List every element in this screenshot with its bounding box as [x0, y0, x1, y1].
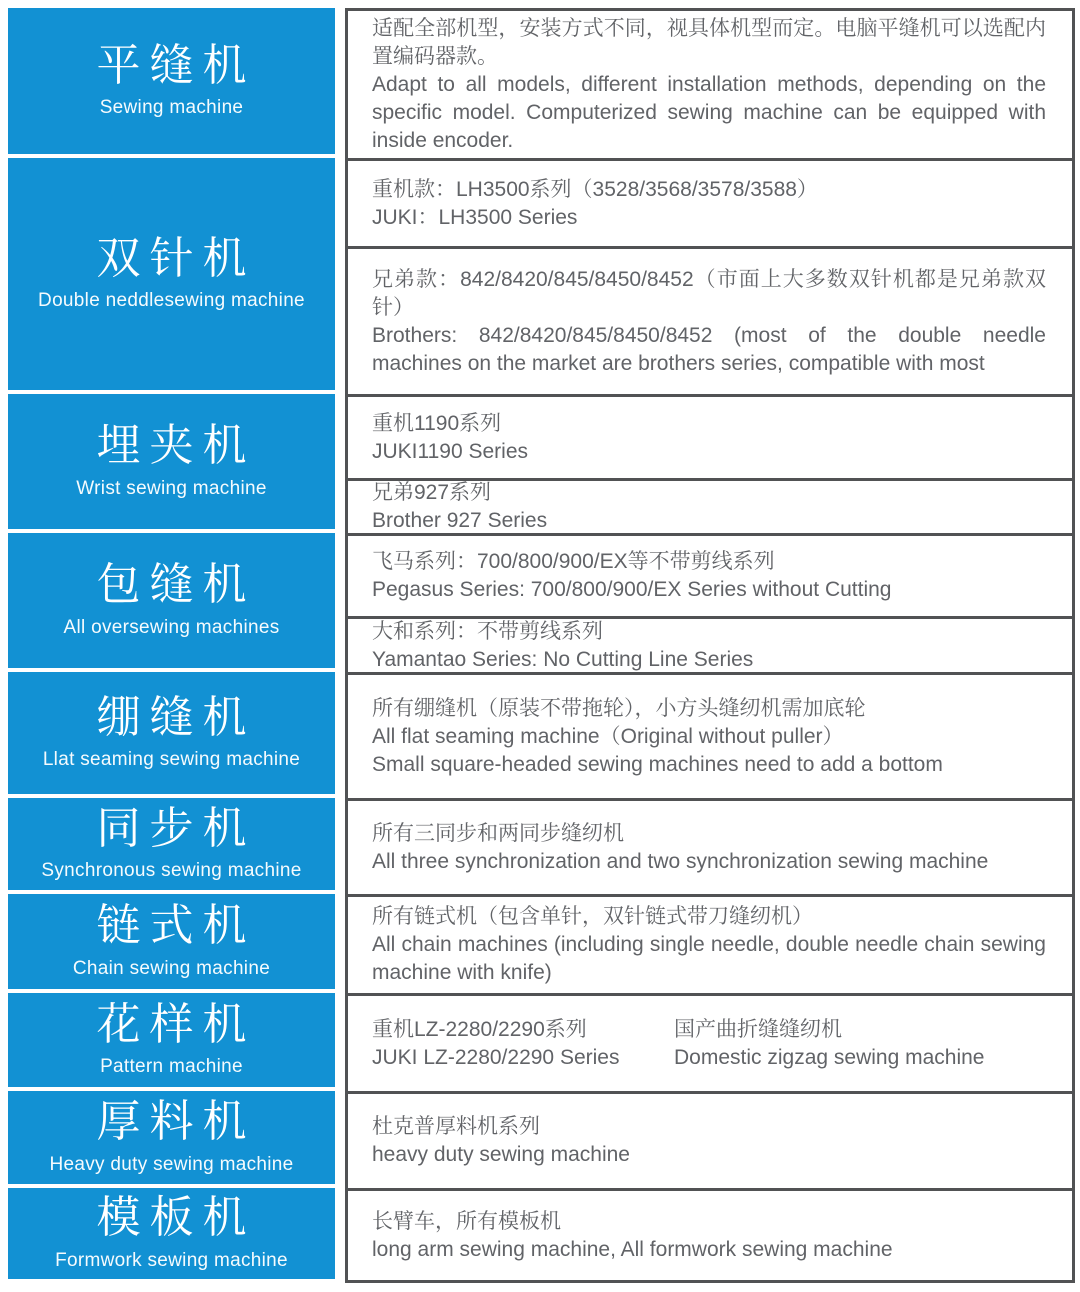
category-title-zh: 埋夹机 — [88, 422, 256, 470]
description-text-en: Brothers: 842/8420/845/8450/8452 (most o… — [372, 322, 1046, 378]
description-column: 重机LZ-2280/2290系列 JUKI LZ-2280/2290 Serie… — [372, 1016, 674, 1072]
description-text-en: Domestic zigzag sewing machine — [674, 1044, 1046, 1072]
description-text-zh: 重机LZ-2280/2290系列 — [372, 1016, 674, 1044]
category-cell: 平缝机 Sewing machine — [8, 8, 335, 154]
category-title-zh: 双针机 — [88, 235, 256, 283]
description-text-en: All flat seaming machine（Original withou… — [372, 723, 1046, 751]
description-cell: 重机1190系列 JUKI1190 Series 兄弟927系列 Brother… — [345, 394, 1075, 533]
category-title-zh: 链式机 — [88, 902, 256, 950]
category-title-en: Pattern machine — [100, 1056, 243, 1079]
description-text-zh: 飞马系列：700/800/900/EX等不带剪线系列 — [372, 548, 1046, 576]
description-text-en: Brother 927 Series — [372, 507, 1046, 533]
category-title-zh: 平缝机 — [88, 42, 256, 90]
description-text-zh: 适配全部机型，安装方式不同，视具体机型而定。电脑平缝机可以选配内置编码器款。 — [372, 15, 1046, 71]
category-title-zh: 厚料机 — [88, 1098, 256, 1146]
table-row-double-needle-machine: 双针机 Double neddlesewing machine 重机款：LH35… — [8, 158, 1075, 394]
table-row-formwork-machine: 模板机 Formwork sewing machine 长臂车，所有模板机 lo… — [8, 1188, 1075, 1283]
description-text-en: heavy duty sewing machine — [372, 1141, 1046, 1169]
description-subcell: 杜克普厚料机系列 heavy duty sewing machine — [348, 1094, 1072, 1188]
description-text-zh: 兄弟927系列 — [372, 479, 1046, 507]
category-title-zh: 绷缝机 — [88, 694, 256, 742]
category-title-en: Sewing machine — [100, 97, 244, 120]
category-cell: 花样机 Pattern machine — [8, 993, 335, 1087]
category-title-zh: 花样机 — [88, 1001, 256, 1049]
category-title-en: All oversewing machines — [64, 617, 280, 640]
category-title-en: Chain sewing machine — [73, 958, 270, 981]
table-row-heavy-duty-machine: 厚料机 Heavy duty sewing machine 杜克普厚料机系列 h… — [8, 1091, 1075, 1188]
description-cell: 所有绷缝机（原装不带拖轮），小方头缝纫机需加底轮 All flat seamin… — [345, 672, 1075, 798]
description-subcell: 重机1190系列 JUKI1190 Series — [348, 397, 1072, 478]
description-text-en: JUKI1190 Series — [372, 438, 1046, 466]
description-cell: 所有链式机（包含单针，双针链式带刀缝纫机） All chain machines… — [345, 894, 1075, 993]
description-cell: 杜克普厚料机系列 heavy duty sewing machine — [345, 1091, 1075, 1188]
description-text-en: Adapt to all models, different installat… — [372, 71, 1046, 155]
table-row-flat-seaming-machine: 绷缝机 Llat seaming sewing machine 所有绷缝机（原装… — [8, 672, 1075, 798]
description-text-en: long arm sewing machine, All formwork se… — [372, 1236, 1046, 1264]
table-row-sewing-machine: 平缝机 Sewing machine 适配全部机型，安装方式不同，视具体机型而定… — [8, 8, 1075, 158]
description-subcell: 所有链式机（包含单针，双针链式带刀缝纫机） All chain machines… — [348, 897, 1072, 993]
description-text-en: JUKI LZ-2280/2290 Series — [372, 1044, 674, 1072]
description-subcell: 适配全部机型，安装方式不同，视具体机型而定。电脑平缝机可以选配内置编码器款。 A… — [348, 11, 1072, 158]
category-cell: 包缝机 All oversewing machines — [8, 533, 335, 668]
table-row-synchronous-machine: 同步机 Synchronous sewing machine 所有三同步和两同步… — [8, 798, 1075, 894]
description-subcell: 所有三同步和两同步缝纫机 All three synchronization a… — [348, 801, 1072, 894]
category-title-en: Formwork sewing machine — [55, 1250, 288, 1273]
description-text-zh: 长臂车，所有模板机 — [372, 1208, 1046, 1236]
description-subcell: 重机LZ-2280/2290系列 JUKI LZ-2280/2290 Serie… — [348, 996, 1072, 1091]
description-subcell: 所有绷缝机（原装不带拖轮），小方头缝纫机需加底轮 All flat seamin… — [348, 675, 1072, 798]
description-subcell: 长臂车，所有模板机 long arm sewing machine, All f… — [348, 1191, 1072, 1280]
description-subcell: 飞马系列：700/800/900/EX等不带剪线系列 Pegasus Serie… — [348, 536, 1072, 616]
description-text-zh: 所有链式机（包含单针，双针链式带刀缝纫机） — [372, 903, 1046, 931]
description-text-zh: 杜克普厚料机系列 — [372, 1113, 1046, 1141]
category-title-en: Double neddlesewing machine — [38, 290, 305, 313]
table-row-wrist-sewing-machine: 埋夹机 Wrist sewing machine 重机1190系列 JUKI11… — [8, 394, 1075, 533]
category-title-zh: 包缝机 — [88, 561, 256, 609]
category-title-en: Llat seaming sewing machine — [43, 749, 300, 772]
description-subcell: 大和系列：不带剪线系列 Yamantao Series: No Cutting … — [348, 616, 1072, 672]
description-column: 国产曲折缝缝纫机 Domestic zigzag sewing machine — [674, 1016, 1046, 1072]
description-text-zh: 国产曲折缝缝纫机 — [674, 1016, 1046, 1044]
description-cell: 重机款：LH3500系列（3528/3568/3578/3588） JUKI：L… — [345, 158, 1075, 394]
machine-compatibility-table: 平缝机 Sewing machine 适配全部机型，安装方式不同，视具体机型而定… — [0, 0, 1080, 1292]
description-text-en: Pegasus Series: 700/800/900/EX Series wi… — [372, 576, 1046, 604]
description-cell: 适配全部机型，安装方式不同，视具体机型而定。电脑平缝机可以选配内置编码器款。 A… — [345, 8, 1075, 158]
description-text-zh: 重机款：LH3500系列（3528/3568/3578/3588） — [372, 176, 1046, 204]
category-cell: 同步机 Synchronous sewing machine — [8, 798, 335, 890]
category-title-en: Heavy duty sewing machine — [49, 1154, 293, 1177]
description-columns: 重机LZ-2280/2290系列 JUKI LZ-2280/2290 Serie… — [372, 1016, 1046, 1072]
category-cell: 埋夹机 Wrist sewing machine — [8, 394, 335, 529]
table-row-oversewing-machine: 包缝机 All oversewing machines 飞马系列：700/800… — [8, 533, 1075, 672]
description-cell: 长臂车，所有模板机 long arm sewing machine, All f… — [345, 1188, 1075, 1283]
description-subcell: 重机款：LH3500系列（3528/3568/3578/3588） JUKI：L… — [348, 161, 1072, 246]
category-cell: 绷缝机 Llat seaming sewing machine — [8, 672, 335, 794]
description-text-en: JUKI：LH3500 Series — [372, 204, 1046, 232]
table-row-chain-machine: 链式机 Chain sewing machine 所有链式机（包含单针，双针链式… — [8, 894, 1075, 993]
category-title-en: Wrist sewing machine — [76, 478, 266, 501]
category-title-zh: 模板机 — [88, 1194, 256, 1242]
description-text-zh: 大和系列：不带剪线系列 — [372, 618, 1046, 646]
description-subcell: 兄弟款：842/8420/845/8450/8452（市面上大多数双针机都是兄弟… — [348, 246, 1072, 394]
category-title-zh: 同步机 — [88, 805, 256, 853]
category-cell: 厚料机 Heavy duty sewing machine — [8, 1091, 335, 1184]
table-row-pattern-machine: 花样机 Pattern machine 重机LZ-2280/2290系列 JUK… — [8, 993, 1075, 1091]
category-cell: 双针机 Double neddlesewing machine — [8, 158, 335, 390]
description-cell: 飞马系列：700/800/900/EX等不带剪线系列 Pegasus Serie… — [345, 533, 1075, 672]
description-text-zh: 所有绷缝机（原装不带拖轮），小方头缝纫机需加底轮 — [372, 695, 1046, 723]
description-text-en: All chain machines (including single nee… — [372, 931, 1046, 987]
description-text-en: Yamantao Series: No Cutting Line Series — [372, 646, 1046, 673]
description-text-zh: 所有三同步和两同步缝纫机 — [372, 820, 1046, 848]
description-cell: 重机LZ-2280/2290系列 JUKI LZ-2280/2290 Serie… — [345, 993, 1075, 1091]
description-cell: 所有三同步和两同步缝纫机 All three synchronization a… — [345, 798, 1075, 894]
category-cell: 模板机 Formwork sewing machine — [8, 1188, 335, 1279]
description-text-en: All three synchronization and two synchr… — [372, 848, 1046, 876]
description-text-zh: 兄弟款：842/8420/845/8450/8452（市面上大多数双针机都是兄弟… — [372, 266, 1046, 322]
category-cell: 链式机 Chain sewing machine — [8, 894, 335, 989]
category-title-en: Synchronous sewing machine — [41, 860, 301, 883]
description-text-zh: 重机1190系列 — [372, 410, 1046, 438]
description-text-en: Small square-headed sewing machines need… — [372, 751, 1046, 779]
description-subcell: 兄弟927系列 Brother 927 Series — [348, 478, 1072, 533]
